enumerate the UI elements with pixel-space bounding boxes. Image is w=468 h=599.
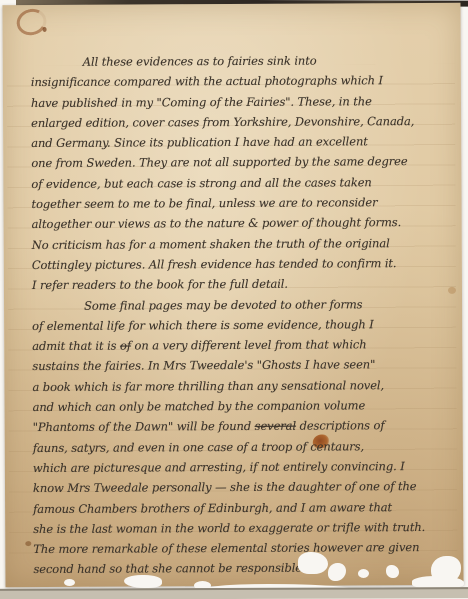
text-line: a book which is far more thrilling than … — [32, 375, 460, 398]
text-line: admit that it is of on a very different … — [32, 334, 460, 357]
text-line: which are picturesque and arresting, if … — [33, 456, 461, 479]
paper-damage-patch — [124, 575, 162, 588]
text-line: "Phantoms of the Dawn" will be found sev… — [33, 415, 461, 438]
text-line: All these evidences as to fairies sink i… — [31, 50, 459, 73]
text-line: Some final pages may be devoted to other… — [32, 293, 460, 316]
text-line: and which can only be matched by the com… — [33, 395, 461, 418]
text-line: one from Sweden. They are not all suppor… — [31, 151, 459, 174]
text-line: sustains the fairies. In Mrs Tweedale's … — [32, 354, 460, 377]
text-line: enlarged edition, cover cases from Yorks… — [31, 111, 459, 134]
foxing-spot — [25, 541, 31, 546]
text-line: famous Chambers brothers of Edinburgh, a… — [33, 496, 461, 519]
text-line: No criticism has for a moment shaken the… — [32, 232, 460, 255]
ring-stain — [14, 6, 50, 39]
text-line: of elemental life for which there is som… — [32, 314, 460, 337]
text-segment: admit that it is — [32, 339, 120, 353]
text-line: fauns, satyrs, and even in one case of a… — [33, 435, 461, 458]
paper-damage-patch — [298, 552, 328, 574]
bottom-mat-edge — [0, 587, 468, 599]
photo-background: All these evidences as to fairies sink i… — [0, 0, 468, 599]
text-line: altogether our views as to the nature & … — [32, 212, 460, 235]
paper-damage-patch — [412, 576, 464, 588]
text-line: together seem to me to be final, unless … — [31, 192, 459, 215]
paper-damage-patch — [386, 565, 399, 578]
text-segment: "Phantoms of the Dawn" will be found — [33, 419, 255, 434]
text-line: Cottingley pictures. All fresh evidence … — [32, 253, 460, 276]
text-line: she is the last woman in the world to ex… — [33, 517, 461, 540]
text-line: know Mrs Tweedale personally — she is th… — [33, 476, 461, 499]
text-line: I refer readers to the book for the full… — [32, 273, 460, 296]
text-line: of evidence, but each case is strong and… — [31, 172, 459, 195]
ring-stain-dot — [43, 27, 47, 32]
manuscript-page: All these evidences as to fairies sink i… — [2, 3, 463, 587]
text-line: and Germany. Since its publication I hav… — [31, 131, 459, 154]
text-line: insignificance compared with the actual … — [31, 70, 459, 93]
struck-word: several — [255, 419, 296, 433]
text-segment: descriptions of — [296, 419, 385, 433]
text-segment: on a very different level from that whic… — [131, 337, 367, 352]
paper-damage-patch — [358, 569, 369, 578]
struck-word: of — [120, 339, 131, 353]
text-line: have published in my "Coming of the Fair… — [31, 90, 459, 113]
paper-damage-patch — [64, 579, 75, 586]
text-line: The more remarkable of these elemental s… — [33, 537, 461, 560]
manuscript-text: All these evidences as to fairies sink i… — [31, 50, 462, 580]
